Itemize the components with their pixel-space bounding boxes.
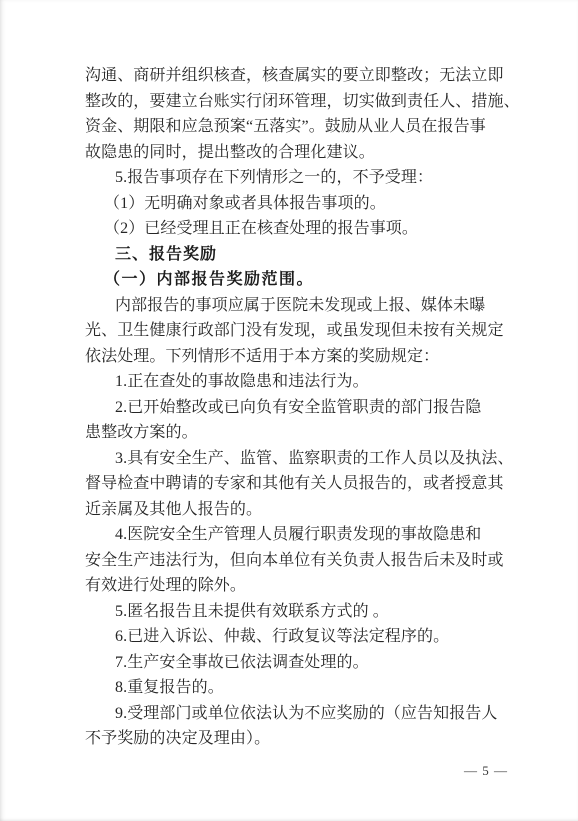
list-item: 9.受理部门或单位依法认为不应奖励的（应告知报告人: [85, 701, 517, 727]
text-line: 整改的，要建立台账实行闭环管理，切实做到责任人、措施、: [85, 89, 517, 115]
list-item: 1.正在查处的事故隐患和违法行为。: [85, 369, 517, 395]
text-line: 安全生产违法行为，但向本单位有关负责人报告后未及时或: [85, 548, 517, 574]
text-line: 资金、期限和应急预案“五落实”。鼓励从业人员在报告事: [85, 114, 517, 140]
text-line: 督导检查中聘请的专家和其他有关人员报告的，或者授意其: [85, 471, 517, 497]
text-line: 依法处理。下列情形不适用于本方案的奖励规定：: [85, 344, 517, 370]
list-item: （1）无明确对象或者具体报告事项的。: [85, 191, 517, 217]
list-item: 7.生产安全事故已依法调查处理的。: [85, 650, 517, 676]
section-heading: 三、报告奖励: [85, 242, 517, 268]
list-item: 2.已开始整改或已向负有安全监管职责的部门报告隐: [85, 395, 517, 421]
text-line: 有效进行处理的除外。: [85, 573, 517, 599]
list-item: 5.匿名报告且未提供有效联系方式的 。: [85, 599, 517, 625]
list-item: 4.医院安全生产管理人员履行职责发现的事故隐患和: [85, 522, 517, 548]
text-line: 内部报告的事项应属于医院未发现或上报、媒体未曝: [85, 293, 517, 319]
text-line: 沟通、商研并组织核查，核查属实的要立即整改；无法立即: [85, 63, 517, 89]
list-item: （2）已经受理且正在核查处理的报告事项。: [85, 216, 517, 242]
text-line: 近亲属及其他人报告的。: [85, 497, 517, 523]
list-item: 8.重复报告的。: [85, 675, 517, 701]
subsection-heading: （一）内部报告奖励范围。: [85, 267, 517, 293]
list-item: 3.具有安全生产、监管、监察职责的工作人员以及执法、: [85, 446, 517, 472]
text-line: 故隐患的同时，提出整改的合理化建议。: [85, 140, 517, 166]
document-page: 沟通、商研并组织核查，核查属实的要立即整改；无法立即 整改的，要建立台账实行闭环…: [0, 0, 578, 821]
text-line: 不予奖励的决定及理由）。: [85, 726, 517, 752]
text-line: 5.报告事项存在下列情形之一的，不予受理：: [85, 165, 517, 191]
text-line: 患整改方案的。: [85, 420, 517, 446]
list-item: 6.已进入诉讼、仲裁、行政复议等法定程序的。: [85, 624, 517, 650]
page-number: — 5 —: [464, 763, 508, 779]
text-line: 光、卫生健康行政部门没有发现，或虽发现但未按有关规定: [85, 318, 517, 344]
document-body: 沟通、商研并组织核查，核查属实的要立即整改；无法立即 整改的，要建立台账实行闭环…: [85, 63, 517, 752]
